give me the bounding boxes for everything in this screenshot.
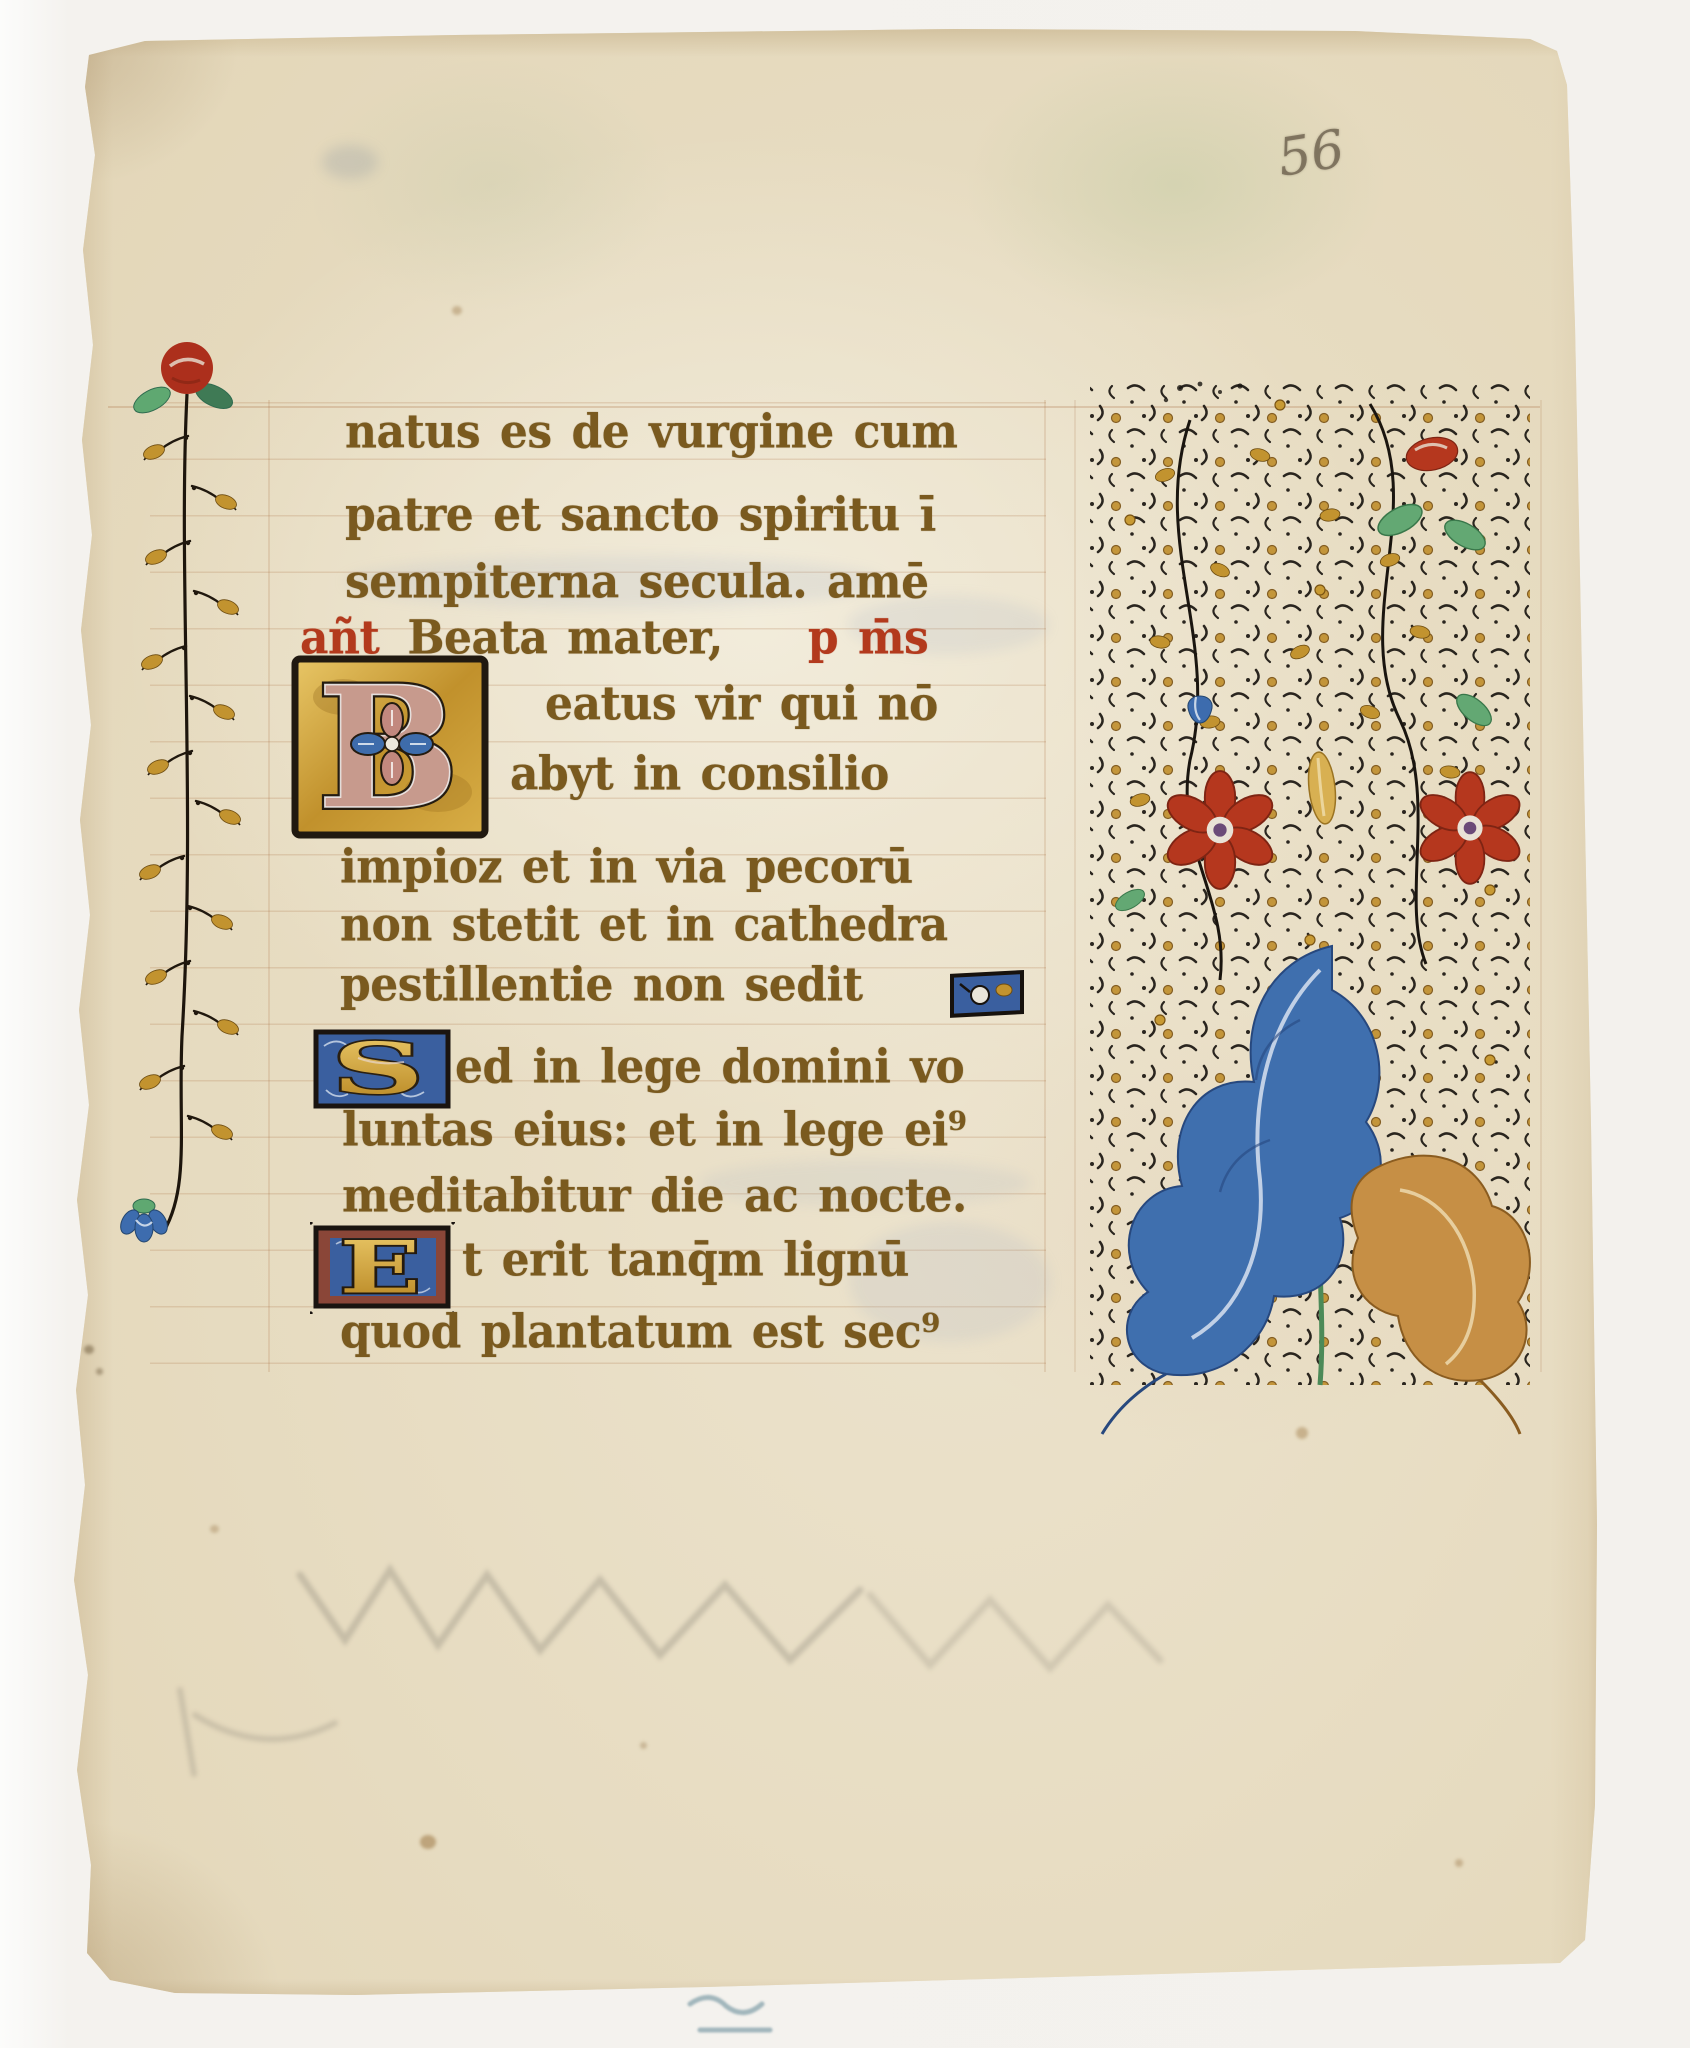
initial-letter-E: E <box>339 1226 420 1310</box>
stain-spot <box>420 1835 436 1849</box>
folio-number: 56 <box>1274 123 1347 185</box>
photo-backdrop: 56 <box>0 0 1690 2048</box>
text-line-7: impioz et in via pecorū <box>340 841 913 893</box>
stain-spot <box>96 1368 103 1375</box>
stain-spot <box>452 306 462 315</box>
rubric-psalm-abbrev: p m̄s <box>808 611 928 665</box>
border-stem <box>164 394 188 1231</box>
illuminated-initial-E: E <box>310 1222 455 1314</box>
text-line-11: luntas eius: et in lege ei⁹ <box>342 1104 967 1156</box>
red-rose-flower <box>130 342 237 418</box>
illuminated-initial-S: S <box>312 1028 452 1110</box>
left-floral-border <box>92 336 292 1286</box>
text-line-9: pestillentie non sedit <box>340 959 863 1011</box>
line-filler-ornament <box>948 968 1028 1024</box>
text-line-2: patre et sancto spiritu ī <box>345 489 936 541</box>
text-line-1: natus es de vurgine cum <box>345 406 957 458</box>
rubric-antiphon-abbrev: añt <box>300 611 379 665</box>
text-line-8: non stetit et in cathedra <box>340 899 948 951</box>
gray-smudge <box>322 145 378 179</box>
text-line-6: abyt in consilio <box>510 748 889 800</box>
blue-flower <box>117 1199 171 1242</box>
text-line-5: eatus vir qui nō <box>545 678 938 730</box>
rubric-body: Beata mater, <box>407 611 723 665</box>
stain-spot <box>1296 1427 1308 1439</box>
initial-letter-S: S <box>332 1028 424 1110</box>
text-line-12: meditabitur die ac nocte. <box>342 1170 967 1222</box>
right-floral-border <box>1070 380 1550 1440</box>
text-line-10: ed in lege domini vo <box>455 1041 964 1093</box>
stain-spot <box>210 1525 219 1533</box>
text-line-3: sempiterna secula. amē <box>345 556 929 608</box>
stain-spot <box>84 1345 94 1354</box>
text-line-13: t erit tanq̄m lignū <box>462 1234 909 1286</box>
stain-spot <box>640 1742 647 1749</box>
illuminated-initial-B: B B <box>288 652 493 844</box>
stain-spot <box>1455 1859 1463 1867</box>
ruling-vertical-right <box>1044 400 1046 1372</box>
text-line-14: quod plantatum est sec⁹ <box>340 1306 940 1358</box>
text-line-4-rubric: añtBeata mater,p m̄s <box>300 612 928 664</box>
